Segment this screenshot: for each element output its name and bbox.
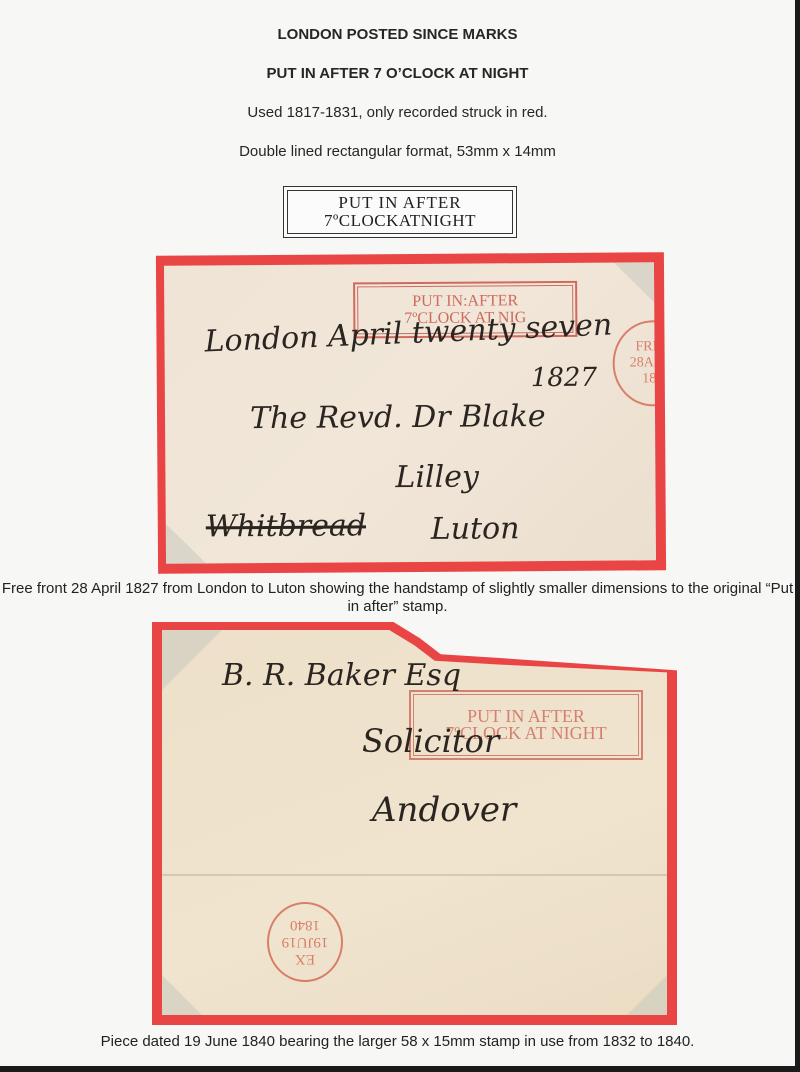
manuscript-town: Andover [372,790,516,830]
manuscript-addressee: B. R. Baker Esq [222,658,461,693]
manuscript-post-town: Luton [431,511,520,547]
manuscript-addressee: The Revd. Dr Blake [250,399,546,436]
cover-1-free-front: PUT IN:AFTER 7ºCLOCK AT NIG FREE 28AP28 … [164,262,656,563]
manuscript-town: Lilley [395,460,479,496]
format-note: Double lined rectangular format, 53mm x … [0,143,795,160]
postmark-line-1: EX [269,951,341,968]
cover-2-mount: PUT IN AFTER 7ºCLOCK AT NIGHT EX 19JU19 … [152,622,677,1025]
cover-2-piece: PUT IN AFTER 7ºCLOCK AT NIGHT EX 19JU19 … [162,630,667,1015]
handstamp-illustration: PUT IN AFTER 7ºCLOCKATNIGHT [283,186,517,238]
manuscript-dateline: London April twenty seven [204,307,613,359]
fold-line [162,874,667,876]
manuscript-year: 1827 [531,363,597,393]
postmark-line-2: 19JU19 [269,934,341,951]
photo-corner [627,975,667,1015]
free-postmark: FREE 28AP28 182 [612,320,656,407]
page-subtitle: PUT IN AFTER 7 O’CLOCK AT NIGHT [0,65,795,82]
illustration-line-1: PUT IN AFTER [338,194,461,212]
handstamp-line-1: PUT IN:AFTER [358,292,572,310]
postmark-line-1: FREE [614,339,656,356]
cover-2-caption: Piece dated 19 June 1840 bearing the lar… [0,1033,795,1051]
page-title: LONDON POSTED SINCE MARKS [0,26,795,43]
photo-corner [162,630,222,690]
postmark-line-3: 1840 [269,917,341,934]
manuscript-free-signature: Whitbread [206,508,366,544]
album-page: LONDON POSTED SINCE MARKS PUT IN AFTER 7… [0,0,795,1066]
ex-postmark: EX 19JU19 1840 [267,902,343,982]
postmark-line-2: 28AP28 [615,355,656,372]
illustration-line-2: 7ºCLOCKATNIGHT [324,212,476,230]
photo-corner [166,523,206,563]
postmark-line-3: 182 [615,371,656,388]
usage-note: Used 1817-1831, only recorded struck in … [0,104,795,121]
cover-1-mount: PUT IN:AFTER 7ºCLOCK AT NIG FREE 28AP28 … [156,252,666,574]
manuscript-occupation: Solicitor [362,722,499,760]
photo-corner [162,975,202,1015]
cover-1-caption: Free front 28 April 1827 from London to … [0,580,795,616]
photo-corner [614,262,654,302]
